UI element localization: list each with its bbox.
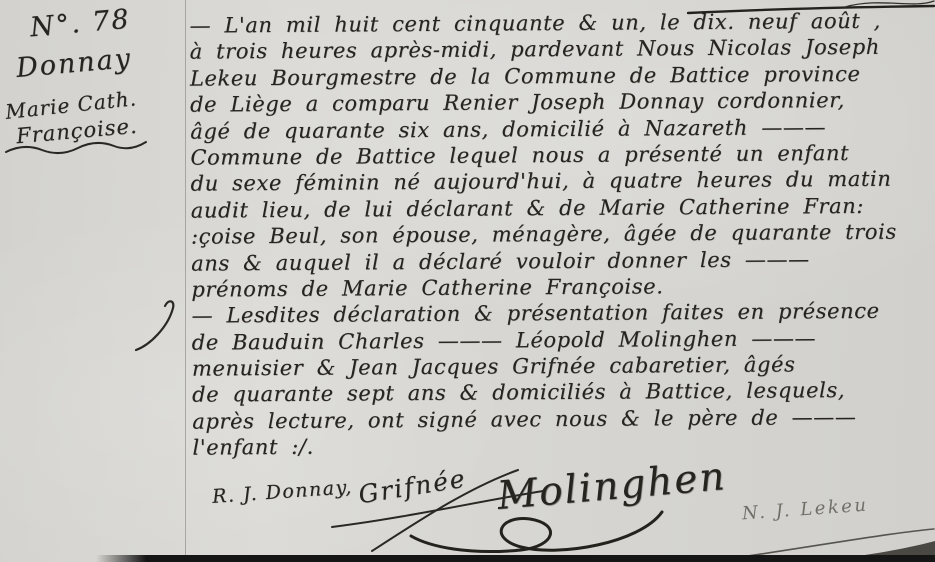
manuscript-line: :çoise Beul, son épouse, ménagère, âgée … (191, 219, 935, 251)
manuscript-line: après lecture, ont signé avec nous & le … (192, 403, 935, 435)
molinghen-flourish (411, 512, 662, 552)
manuscript-scan-page: N°. 78 Donnay Marie Cath. Françoise. — L… (0, 0, 935, 562)
margin-surname: Donnay (15, 43, 133, 84)
top-right-curl (845, 1, 934, 7)
margin-divider-rule (185, 0, 186, 562)
signature-lekeu: N. J. Lekeu (741, 495, 869, 525)
manuscript-line: — Lesdites déclaration & présentation fa… (191, 298, 935, 330)
signature-molinghen: Molinghen (495, 454, 728, 519)
signature-donnay: R. J. Donnay, (211, 476, 353, 508)
paragraph-flourish (136, 301, 173, 350)
manuscript-line: l'enfant :/. (192, 430, 935, 462)
act-body-text: — L'an mil huit cent cinquante & un, le … (189, 7, 935, 461)
scan-bottom-edge (96, 555, 935, 562)
record-number: N°. 78 (29, 4, 132, 44)
signature-grifnee: Grifnée (356, 464, 468, 510)
